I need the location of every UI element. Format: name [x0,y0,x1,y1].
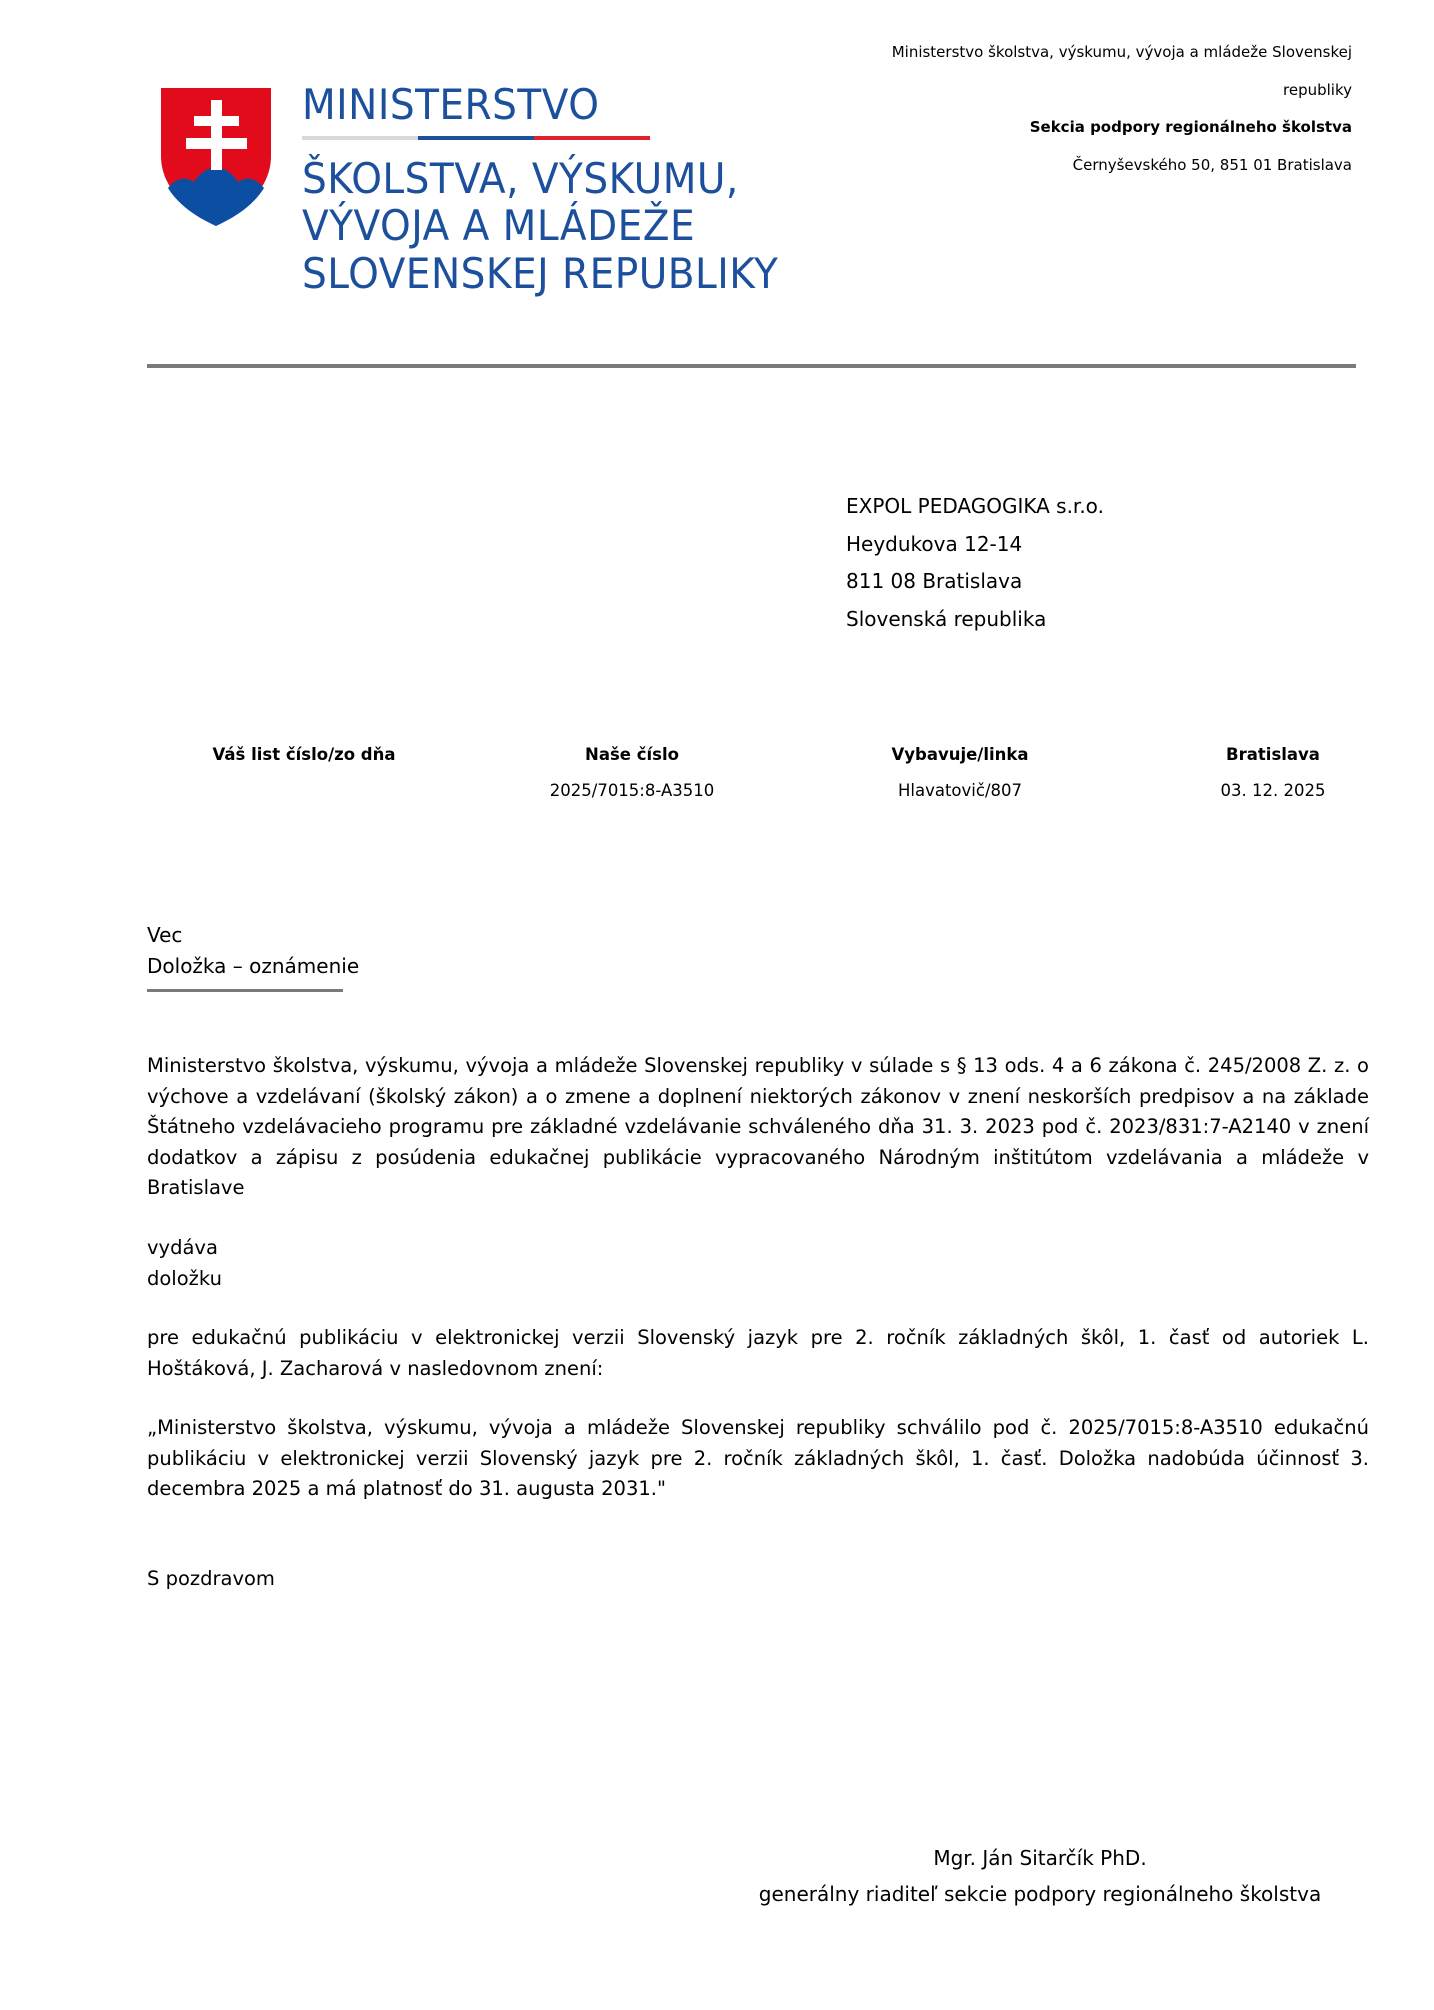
recipient-address: EXPOL PEDAGOGIKA s.r.o. Heydukova 12-14 … [846,488,1104,638]
subject-label: Vec [147,920,359,951]
sender-org-line-1: Ministerstvo školstva, výskumu, vývoja a… [892,34,1352,72]
reference-value: 03. 12. 2025 [1143,778,1403,804]
signatory-title: generálny riaditeľ sekcie podpory region… [720,1876,1360,1912]
recipient-street: Heydukova 12-14 [846,526,1104,564]
reference-our-number: Naše číslo 2025/7015:8-A3510 [502,742,762,804]
recipient-country: Slovenská republika [846,601,1104,639]
reference-handled-by: Vybavuje/linka Hlavatovič/807 [830,742,1090,804]
header-divider [147,364,1356,368]
body-paragraph-1: Ministerstvo školstva, výskumu, vývoja a… [147,1051,1369,1204]
reference-your-letter: Váš list číslo/zo dňa [174,742,434,778]
reference-value: 2025/7015:8-A3510 [502,778,762,804]
issues-line-2: doložku [147,1264,1369,1295]
sender-address: Černyševského 50, 851 01 Bratislava [892,147,1352,185]
logo-text-line-1: MINISTERSTVO [302,84,599,126]
recipient-name: EXPOL PEDAGOGIKA s.r.o. [846,488,1104,526]
logo-text-line-3: VÝVOJA A MLÁDEŽE [302,205,695,247]
reference-label: Vybavuje/linka [830,742,1090,778]
reference-label: Váš list číslo/zo dňa [174,742,434,778]
letterhead-sender: Ministerstvo školstva, výskumu, vývoja a… [892,34,1352,184]
reference-value: Hlavatovič/807 [830,778,1090,804]
sender-org-line-2: republiky [892,72,1352,110]
logo-text-line-4: SLOVENSKEJ REPUBLIKY [302,253,778,295]
slovak-coat-of-arms-icon [158,86,274,228]
reference-label: Bratislava [1143,742,1403,778]
body-paragraph-3: pre edukačnú publikáciu v elektronickej … [147,1323,1369,1384]
subject-title: Doložka – oznámenie [147,951,359,982]
body-issues-clause: vydáva doložku [147,1233,1369,1294]
reference-label: Naše číslo [502,742,762,778]
signatory-name: Mgr. Ján Sitarčík PhD. [760,1840,1320,1876]
reference-place-date: Bratislava 03. 12. 2025 [1143,742,1403,804]
logo-tricolor-rule [302,136,650,140]
closing-greeting: S pozdravom [147,1564,1369,1595]
logo-text-line-2: ŠKOLSTVA, VÝSKUMU, [302,158,739,200]
recipient-city: 811 08 Bratislava [846,563,1104,601]
subject-underline [147,989,343,992]
sender-section: Sekcia podpory regionálneho školstva [892,109,1352,147]
issues-line-1: vydáva [147,1233,1369,1264]
subject: Vec Doložka – oznámenie [147,920,359,982]
body-quoted-clause: „Ministerstvo školstva, výskumu, vývoja … [147,1413,1369,1505]
